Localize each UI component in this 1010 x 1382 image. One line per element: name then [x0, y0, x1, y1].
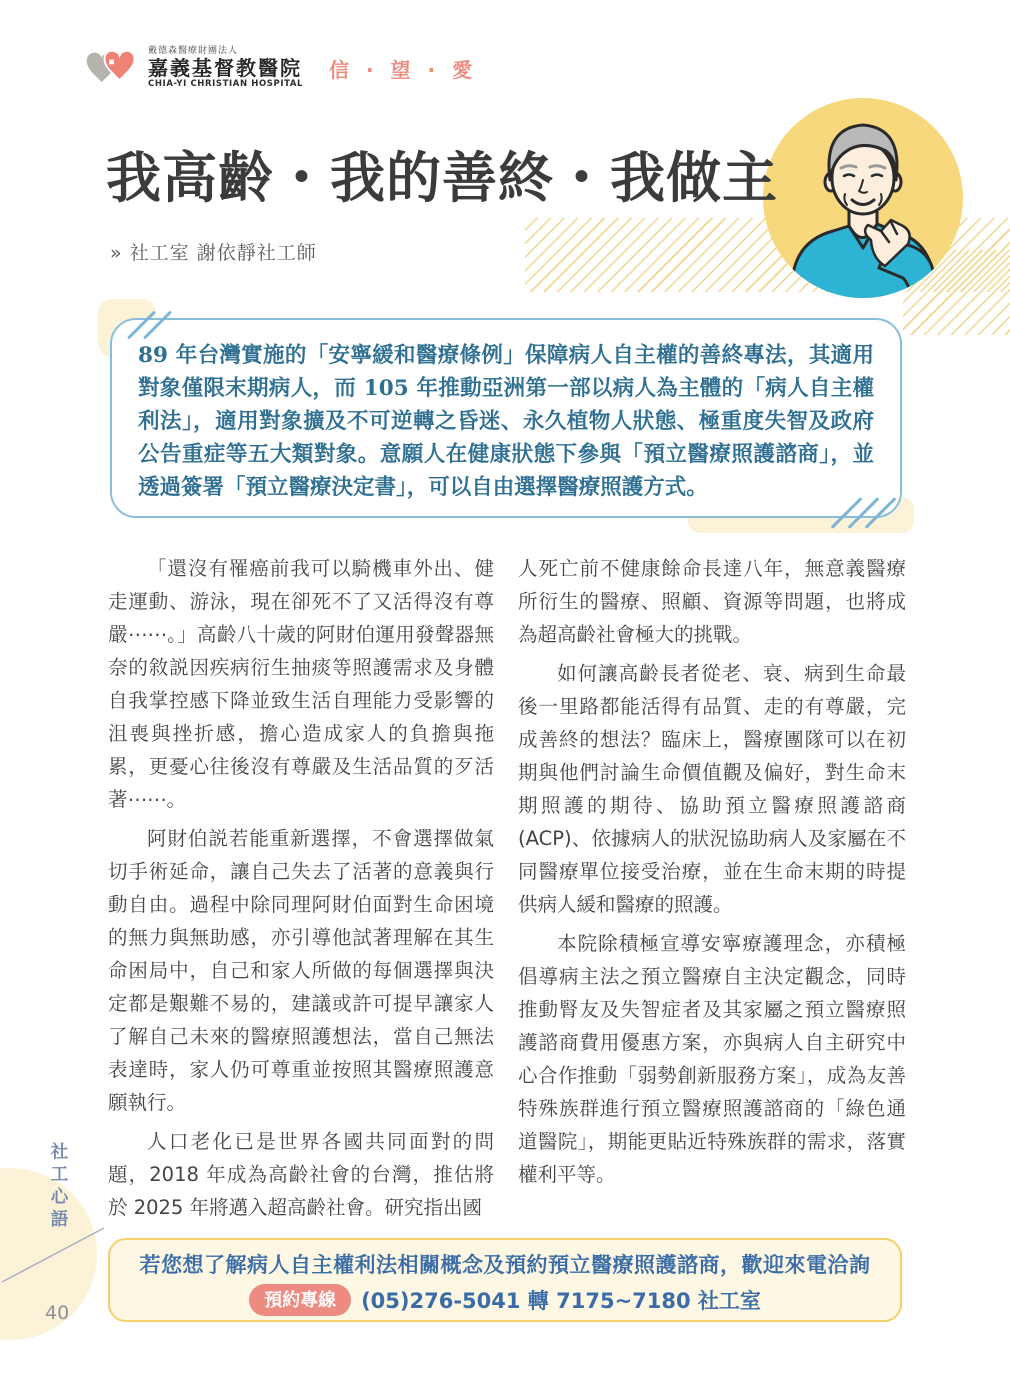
body-paragraph: 人口老化已是世界各國共同面對的問題，2018 年成為高齡社會的台灣，推估將於 2… [108, 1125, 494, 1224]
lead-summary-text: 89 年台灣實施的「安寧緩和醫療條例」保障病人自主權的善終專法，其適用對象僅限末… [138, 339, 874, 504]
page-number: 40 [45, 1302, 69, 1324]
body-column-right: 人死亡前不健康餘命長達八年，無意義醫療所衍生的醫療、照顧、資源等問題，也將成為超… [518, 552, 906, 1197]
hospital-logo: 戴德森醫療財團法人 嘉義基督教醫院 CHIA-YI CHRISTIAN HOSP… [84, 42, 477, 94]
body-paragraph: 「還沒有罹癌前我可以騎機車外出、健走運動、游泳，現在卻死不了又活得沒有尊嚴⋯⋯。… [108, 552, 494, 816]
contact-phone-number: (05)276-5041 轉 7175~7180 社工室 [361, 1285, 761, 1315]
hospital-name-english: CHIA-YI CHRISTIAN HOSPITAL [148, 80, 303, 90]
magazine-page: 戴德森醫療財團法人 嘉義基督教醫院 CHIA-YI CHRISTIAN HOSP… [0, 0, 1010, 1382]
reservation-line-badge: 預約專線 [249, 1284, 351, 1316]
hospital-name: 嘉義基督教醫院 [148, 57, 303, 80]
contact-info-box: 若您想了解病人自主權利法相關概念及預約預立醫療照護諮商，歡迎來電洽詢 預約專線 … [108, 1238, 902, 1322]
elderly-man-illustration [763, 98, 963, 298]
lead-summary-box: 89 年台灣實施的「安寧緩和醫療條例」保障病人自主權的善終專法，其適用對象僅限末… [110, 318, 902, 518]
contact-invitation-text: 若您想了解病人自主權利法相關概念及預約預立醫療照護諮商，歡迎來電洽詢 [110, 1249, 900, 1279]
diagonal-line-decoration [0, 1220, 120, 1300]
section-label-vertical: 社工心語 [46, 1142, 71, 1232]
body-paragraph: 如何讓高齡長者從老、衰、病到生命最後一里路都能活得有品質、走的有尊嚴，完成善終的… [518, 657, 906, 921]
article-author: » 社工室 謝依靜社工師 [110, 238, 317, 265]
article-title: 我高齡・我的善終・我做主 [106, 134, 778, 213]
body-paragraph: 阿財伯説若能重新選擇，不會選擇做氣切手術延命，讓自己失去了活著的意義與行動自由。… [108, 822, 494, 1119]
hospital-tagline: 信 · 望 · 愛 [329, 54, 477, 83]
body-column-left: 「還沒有罹癌前我可以騎機車外出、健走運動、游泳，現在卻死不了又活得沒有尊嚴⋯⋯。… [108, 552, 494, 1230]
body-paragraph: 本院除積極宣導安寧療護理念，亦積極倡導病主法之預立醫療自主決定觀念，同時推動腎友… [518, 927, 906, 1191]
hearts-logo-icon [84, 42, 140, 94]
body-paragraph: 人死亡前不健康餘命長達八年，無意義醫療所衍生的醫療、照顧、資源等問題，也將成為超… [518, 552, 906, 651]
